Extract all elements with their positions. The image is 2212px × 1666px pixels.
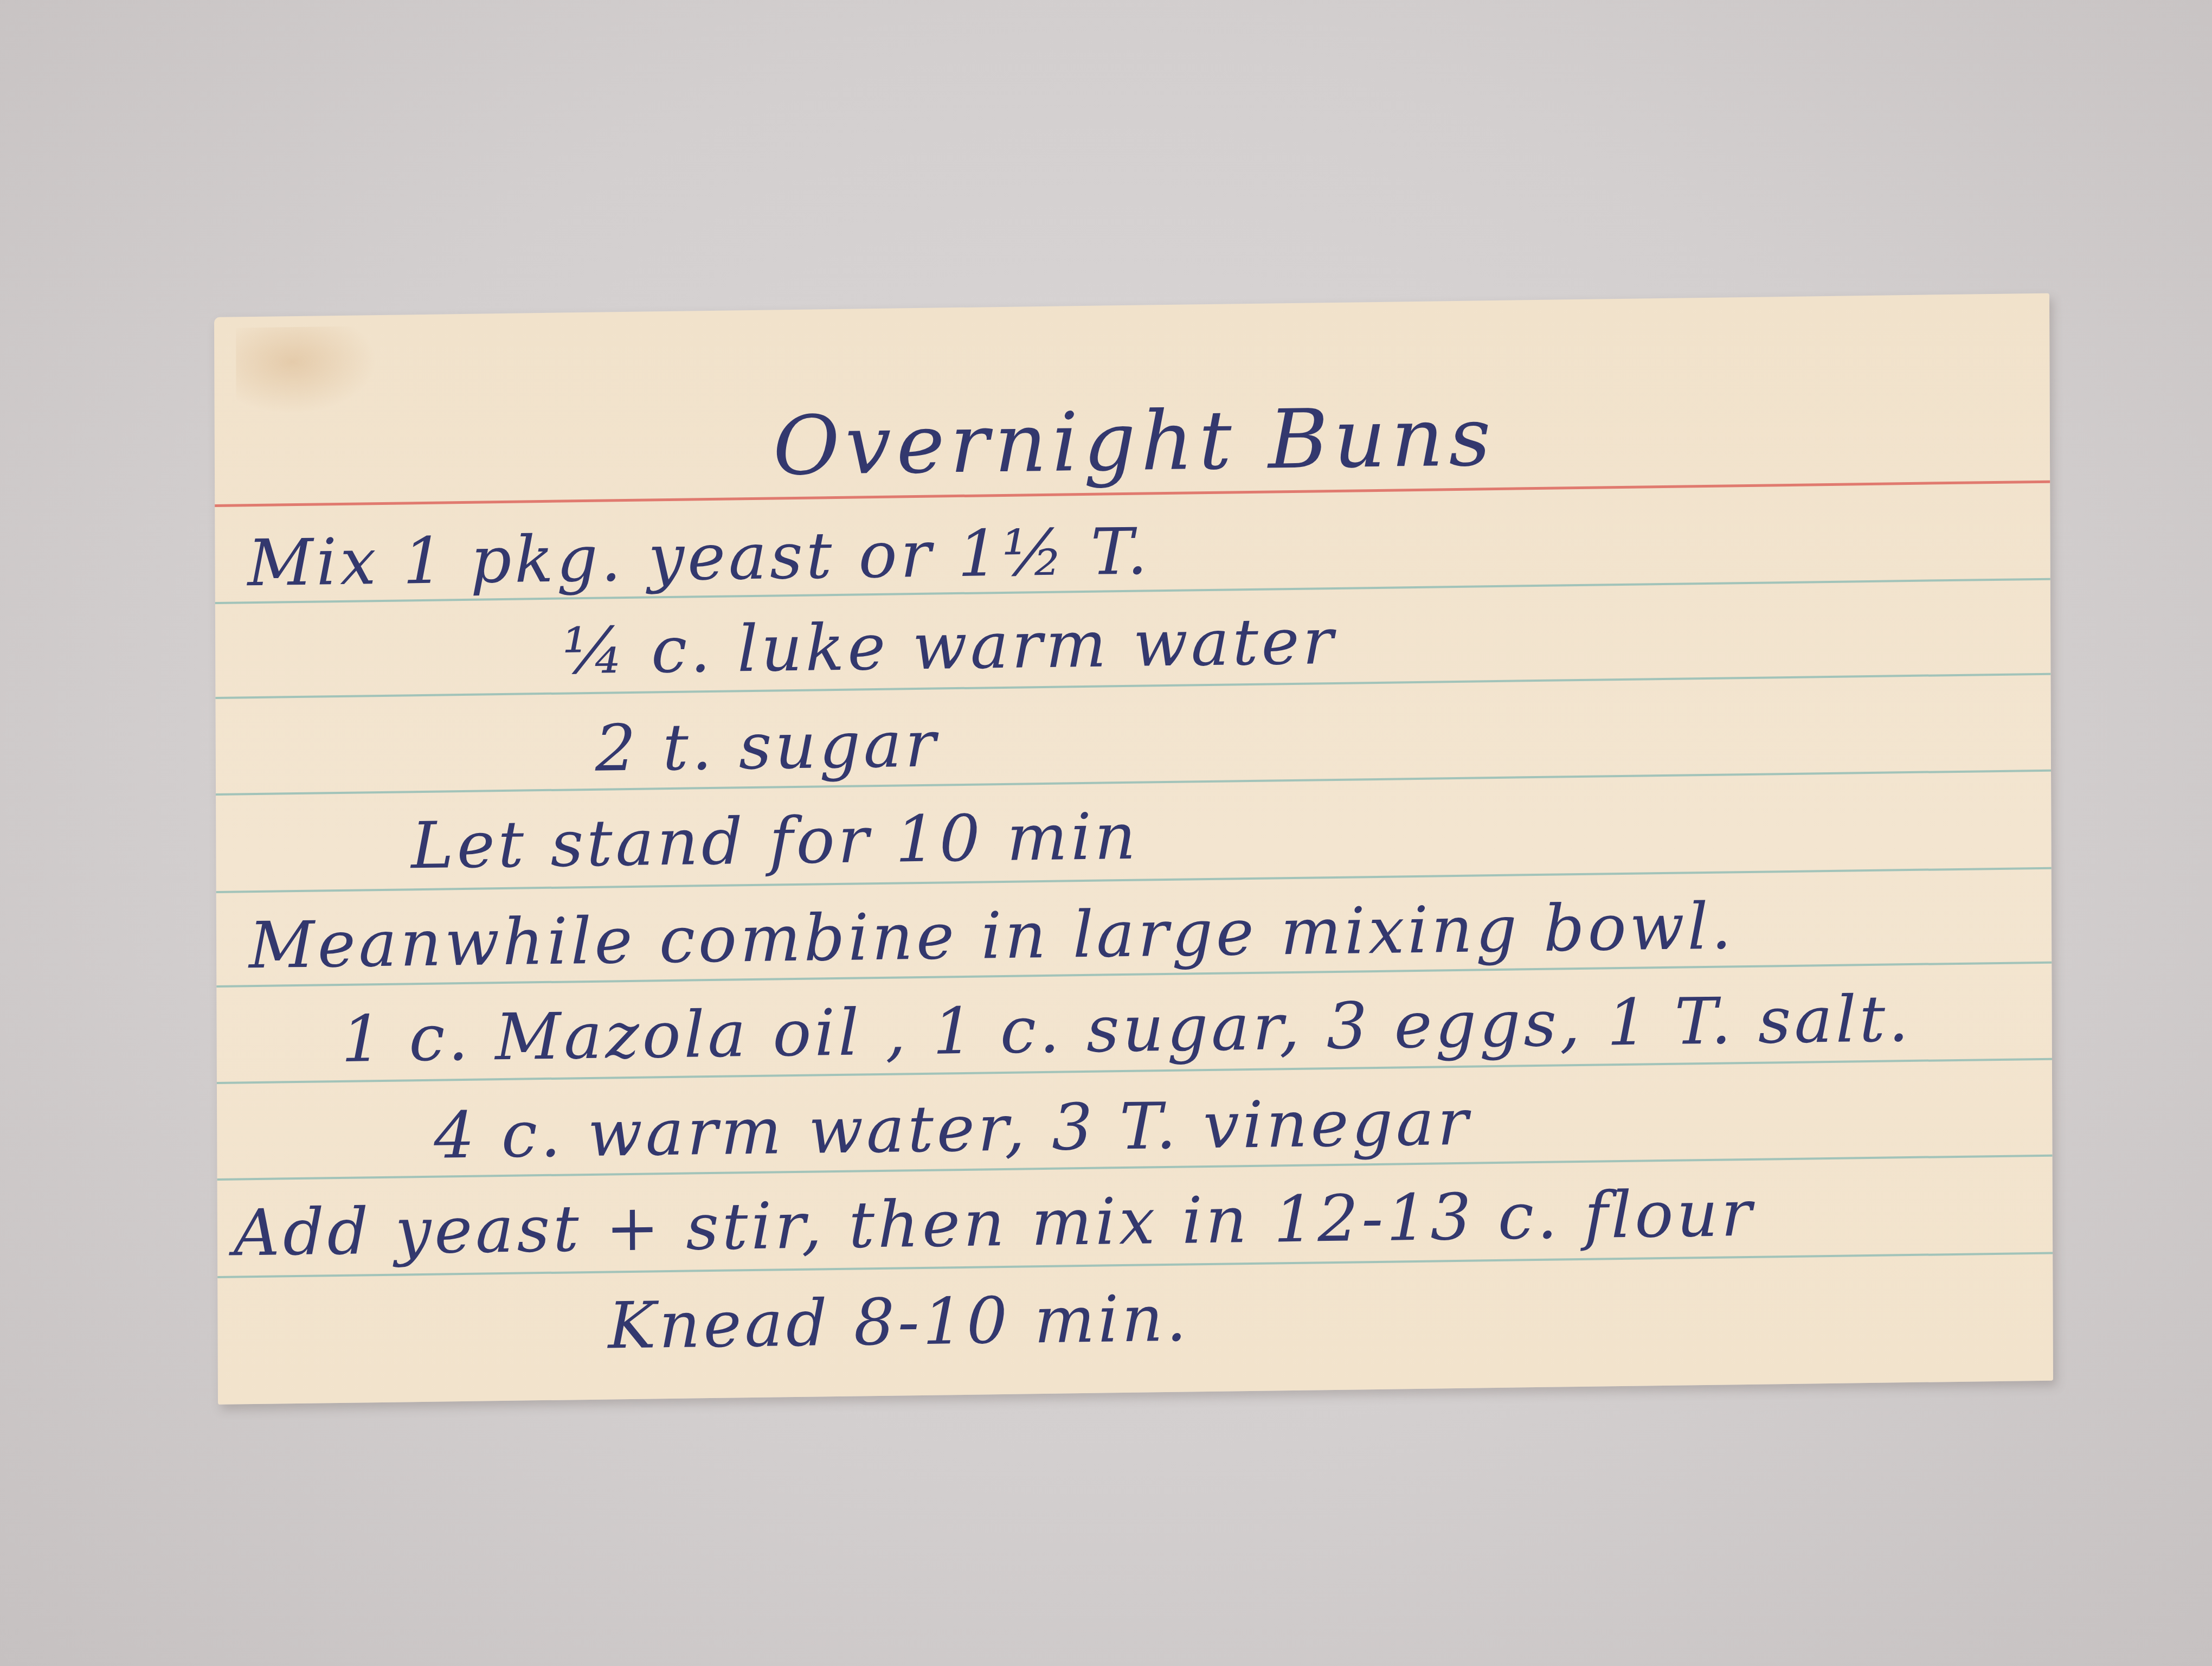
ruled-line xyxy=(216,770,2051,796)
stain-mark xyxy=(236,326,377,414)
recipe-line-sugar: 2 t. sugar xyxy=(595,707,939,786)
recipe-line-knead: Knead 8-10 min. xyxy=(608,1280,1190,1363)
recipe-line-oil: 1 c. Mazola oil , 1 c. sugar, 3 eggs, 1 … xyxy=(341,981,1912,1077)
recipe-line-add-yeast: Add yeast + stir, then mix in 12-13 c. f… xyxy=(234,1176,1755,1271)
recipe-title: Overnight Buns xyxy=(773,390,1496,494)
recipe-line-water: ¼ c. luke warm water xyxy=(562,604,1336,689)
recipe-line-stand: Let stand for 10 min xyxy=(411,799,1139,883)
recipe-card: Overnight Buns Mix 1 pkg. yeast or 1½ T.… xyxy=(214,293,2053,1405)
recipe-line-vinegar: 4 c. warm water, 3 T. vinegar xyxy=(434,1085,1471,1173)
recipe-line-mix: Mix 1 pkg. yeast or 1½ T. xyxy=(247,514,1150,600)
